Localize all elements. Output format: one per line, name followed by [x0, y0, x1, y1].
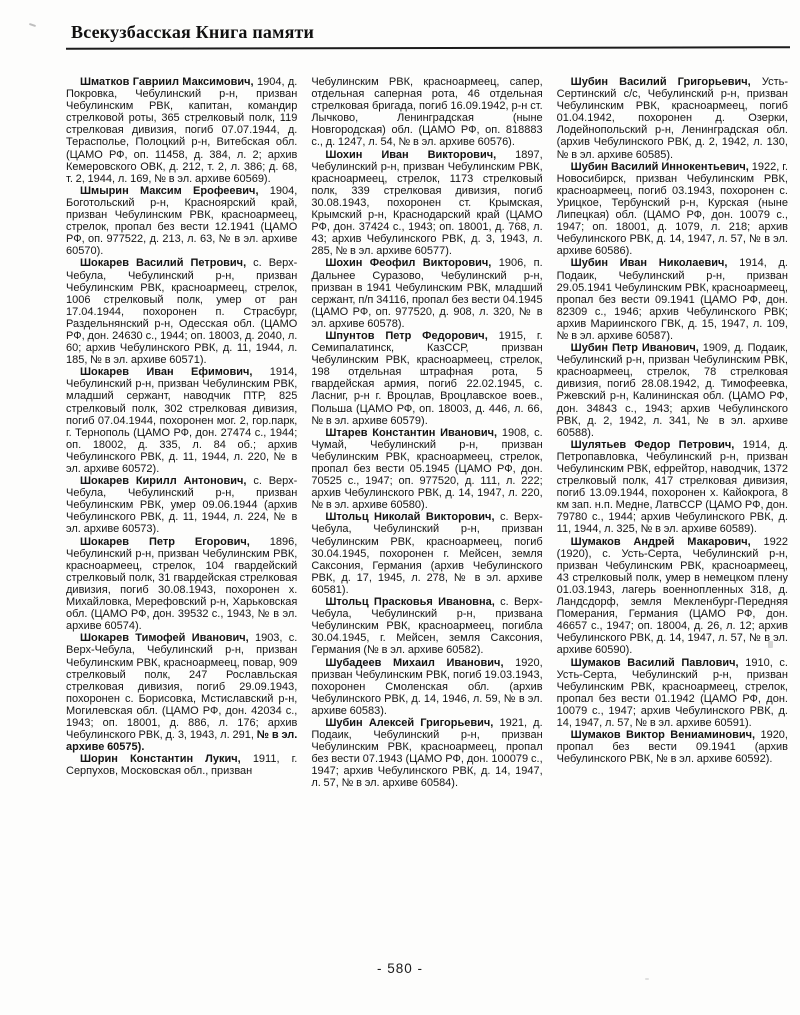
memorial-entry: Штольц Николай Викторович, с. Верх-Чебул…: [311, 511, 542, 596]
scan-artifact: [768, 641, 773, 648]
person-name: Шулятьев Федор Петрович,: [571, 439, 735, 451]
memorial-entry: Шумаков Андрей Макарович, 1922 (1920), с…: [557, 536, 788, 657]
memorial-entry: Шокарев Петр Егорович, 1896, Чебулинский…: [66, 536, 297, 633]
person-name: Шубадеев Михаил Иванович,: [325, 657, 503, 669]
person-name: Шорин Константин Лукич,: [80, 753, 241, 765]
column-middle: Чебулинским РВК, красноармеец, сапер, от…: [311, 76, 542, 790]
memorial-entry: Шокарев Кирилл Антонович, с. Верх-Чебула…: [66, 475, 297, 535]
memorial-entry: Шорин Константин Лукич, 1911, г. Серпухо…: [66, 753, 297, 777]
person-name: Шумаков Василий Павлович,: [571, 657, 739, 669]
memorial-entry: Шубин Петр Иванович, 1909, д. Подаик, Че…: [557, 342, 788, 439]
header-rule: [66, 46, 790, 50]
memorial-entry: Шубин Василий Григорьевич, Усть-Сертинск…: [557, 76, 788, 161]
person-name: Шокарев Тимофей Иванович,: [80, 632, 249, 644]
person-name: Шокарев Петр Егорович,: [80, 536, 250, 548]
memorial-entry: Шпунтов Петр Федорович, 1915, г. Семипал…: [311, 330, 542, 427]
memorial-entry: Шокарев Тимофей Иванович, 1903, с. Верх-…: [66, 632, 297, 753]
memorial-entry: Шокарев Иван Ефимович, 1914, Чебулинский…: [66, 366, 297, 475]
person-name: Шубин Василий Иннокентьевич,: [571, 161, 749, 173]
person-name: Шубин Иван Николаевич,: [571, 257, 728, 269]
text-columns: Шматков Гавриил Максимович, 1904, д. Пок…: [66, 76, 788, 790]
person-name: Шубин Алексей Григорьевич,: [325, 717, 493, 729]
memorial-entry: Шохин Иван Викторович, 1897, Чебулинский…: [311, 149, 542, 258]
person-name: Штарев Константин Иванович,: [325, 427, 497, 439]
memorial-entry: Шубадеев Михаил Иванович, 1920, призван …: [311, 657, 542, 717]
memorial-entry: Шокарев Василий Петрович, с. Верх-Чебула…: [66, 257, 297, 366]
person-name: Шумаков Виктор Вениаминович,: [571, 729, 755, 741]
column-right: Шубин Василий Григорьевич, Усть-Сертинск…: [557, 76, 788, 765]
person-name: Шокарев Иван Ефимович,: [80, 366, 252, 378]
memorial-entry: Штольц Прасковья Ивановна, с. Верх-Чебул…: [311, 596, 542, 656]
person-name: Шохин Иван Викторович,: [325, 149, 496, 161]
person-name: Шмырин Максим Ерофеевич,: [80, 185, 259, 197]
page-title: Всекузбасская Книга памяти: [71, 22, 314, 43]
person-name: Шумаков Андрей Макарович,: [571, 536, 751, 548]
memorial-entry: Шумаков Василий Павлович, 1910, с. Усть-…: [557, 657, 788, 730]
scan-artifact: [645, 978, 649, 980]
person-name: Штольц Прасковья Ивановна,: [325, 596, 494, 608]
entry-continuation: Чебулинским РВК, красноармеец, сапер, от…: [311, 76, 542, 149]
archive-number-bold: № в эл. архиве 60575).: [66, 729, 297, 753]
person-name: Шохин Феофил Викторович,: [325, 257, 491, 269]
memorial-entry: Шмырин Максим Ерофеевич, 1904, Боготольс…: [66, 185, 297, 258]
memorial-entry: Шубин Алексей Григорьевич, 1921, д. Пода…: [311, 717, 542, 790]
person-name: Шматков Гавриил Максимович,: [80, 76, 254, 88]
person-name: Шокарев Кирилл Антонович,: [80, 475, 246, 487]
column-left: Шматков Гавриил Максимович, 1904, д. Пок…: [66, 76, 297, 777]
memorial-entry: Шубин Василий Иннокентьевич, 1922, г. Но…: [557, 161, 788, 258]
memorial-entry: Шумаков Виктор Вениаминович, 1920, пропа…: [557, 729, 788, 765]
book-page: Всекузбасская Книга памяти Шматков Гаври…: [0, 0, 800, 1015]
person-name: Штольц Николай Викторович,: [325, 511, 494, 523]
memorial-entry: Шулятьев Федор Петрович, 1914, д. Петроп…: [557, 439, 788, 536]
person-name: Шпунтов Петр Федорович,: [325, 330, 487, 342]
memorial-entry: Шубин Иван Николаевич, 1914, д. Подаик, …: [557, 257, 788, 342]
memorial-entry: Штарев Константин Иванович, 1908, с. Чум…: [311, 427, 542, 512]
memorial-entry: Шматков Гавриил Максимович, 1904, д. Пок…: [66, 76, 297, 185]
page-number: - 580 -: [0, 961, 800, 976]
person-name: Шокарев Василий Петрович,: [80, 257, 246, 269]
memorial-entry: Шохин Феофил Викторович, 1906, п. Дальне…: [311, 257, 542, 330]
scan-artifact: [29, 23, 36, 27]
person-name: Шубин Петр Иванович,: [571, 342, 699, 354]
person-name: Шубин Василий Григорьевич,: [571, 76, 751, 88]
